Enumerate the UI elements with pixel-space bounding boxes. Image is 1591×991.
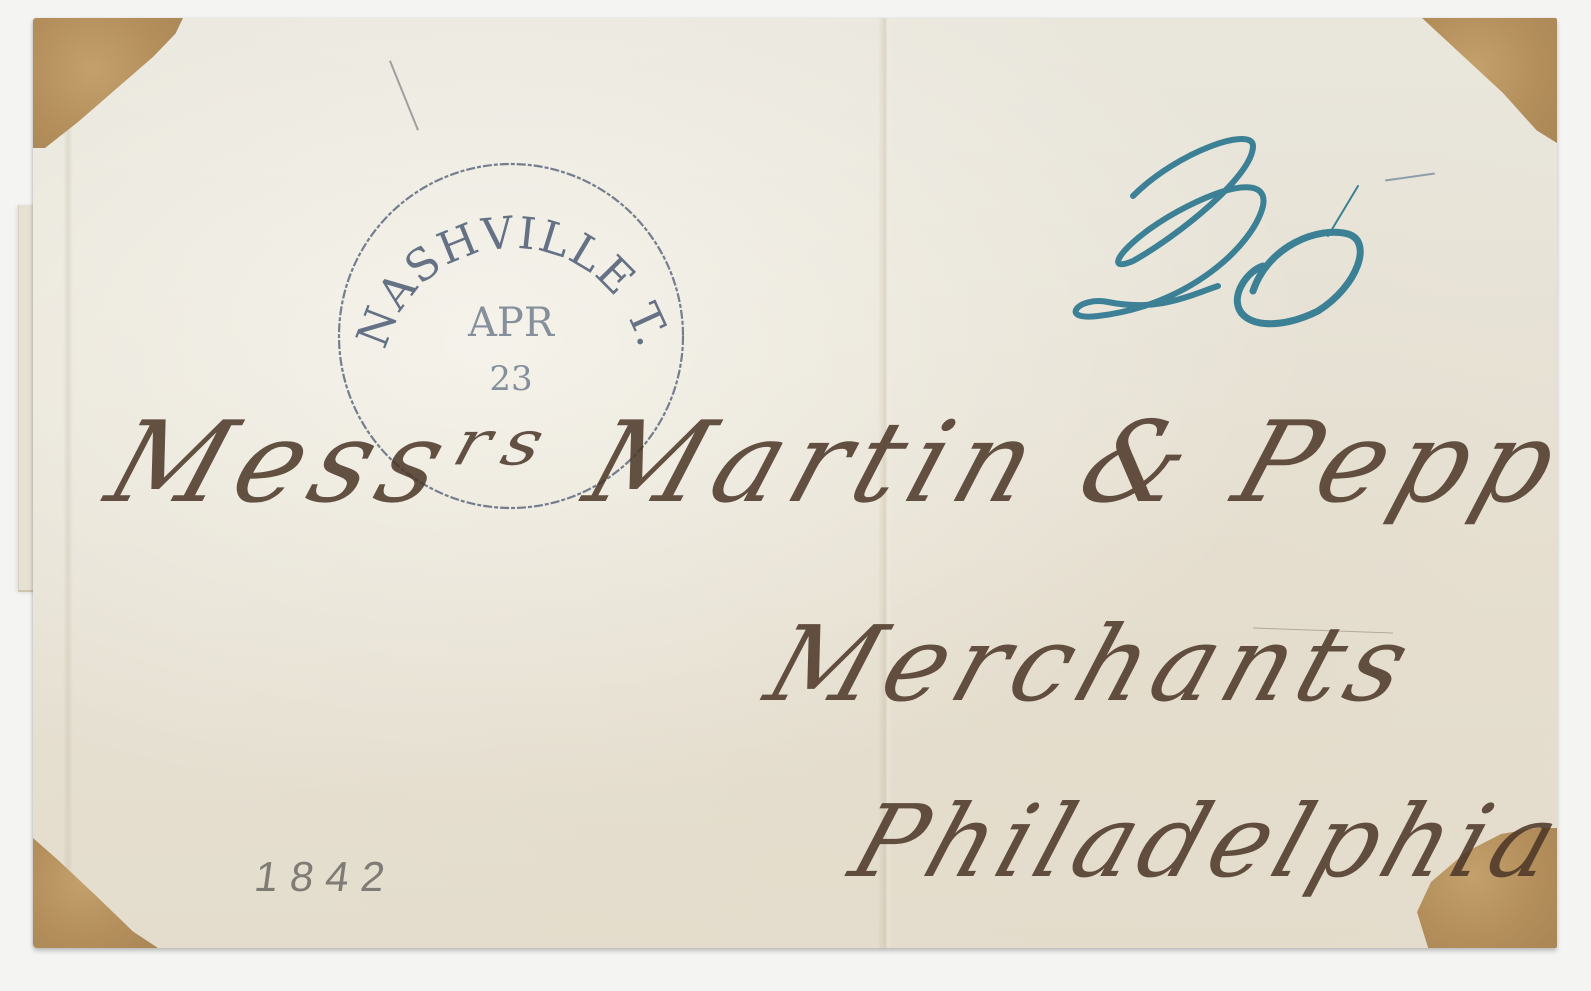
rate-numeral-drawing (1038, 126, 1398, 346)
address-line-occupation: Merchants (753, 603, 1432, 725)
folded-letter-cover: NASHVILLE T. APR 23 Messʳˢ Martin & Pepp… (33, 18, 1557, 948)
corner-mount-stain-top-right (1422, 18, 1557, 143)
pencil-year-note: 1842 (252, 853, 400, 901)
svg-text:APR: APR (467, 300, 556, 346)
manuscript-rate-20 (1038, 126, 1398, 346)
fold-crease-left (63, 18, 73, 948)
stray-pen-stroke (389, 60, 419, 130)
corner-mount-stain-bottom-left (33, 838, 158, 948)
address-line-city: Philadelphia (838, 783, 1557, 900)
address-line-addressee: Messʳˢ Martin & Pepper (93, 398, 1557, 528)
corner-mount-stain-top-left (33, 18, 183, 148)
scan-background: NASHVILLE T. APR 23 Messʳˢ Martin & Pepp… (0, 0, 1591, 991)
svg-text:23: 23 (489, 359, 532, 399)
